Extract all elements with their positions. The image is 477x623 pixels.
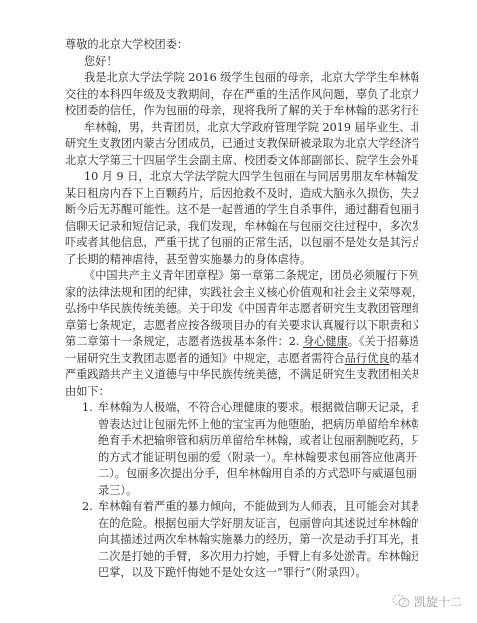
text-line: 弘扬中华民族传统美德。关于印发《中国青年志愿者研究生支教团管理细则》的通知，第一 bbox=[65, 301, 418, 318]
text-line: 校团委的信任，作为包丽的母亲，现将我所了解的关于牟林翰的恶劣行径，举报如下。 bbox=[65, 103, 418, 120]
text-segment: 一届研究生支教团志愿者的通知》中规定，志愿者需符合 bbox=[65, 352, 345, 365]
text-segment: 第二章第十一条规定，志愿者选拔基本条件：2. bbox=[65, 335, 303, 348]
text-line: 吓或者其他信息，严重干扰了包丽的正常生活，以包丽不是处女是其污点为由，对包丽进行 bbox=[65, 235, 418, 252]
text-segment: 牟林翰为人极端，不符合心理健康的要求。根据微信聊天记录，我们得知，牟林翰 bbox=[98, 401, 418, 414]
text-line: 章第七条规定，志愿者应按各级项目办的有关要求认真履行以下职责和义务：3. 为人师… bbox=[65, 318, 418, 335]
text-line: 1.牟林翰为人极端，不符合心理健康的要求。根据微信聊天记录，我们得知，牟林翰 bbox=[65, 400, 418, 417]
list-number: 1. bbox=[82, 400, 93, 417]
underlined-term: 身心健康 bbox=[303, 335, 348, 348]
text-line: 第二章第十一条规定，志愿者选拔基本条件：2. 身心健康。《关于招募选拔北京大学第… bbox=[65, 334, 418, 351]
salutation: 尊敬的北京大学校团委： bbox=[65, 37, 418, 54]
list-item: 1.牟林翰为人极端，不符合心理健康的要求。根据微信聊天记录，我们得知，牟林翰 曾… bbox=[65, 400, 418, 499]
text-line: 一届研究生支教团志愿者的通知》中规定，志愿者需符合品行优良的基本条件。而牟林翰已 bbox=[65, 351, 418, 368]
text-line: 2.牟林翰有着严重的暴力倾向，不能做到为人师表，且可能会对其教导的学生造成潜 bbox=[65, 499, 418, 516]
wechat-icon bbox=[392, 594, 410, 608]
text-line: 向其描述过两次牟林翰实施暴力的经历，第一次是动手打耳光，把她推到墙上。第 bbox=[65, 532, 418, 549]
text-line: 二）。包丽多次提出分手，但牟林翰用自杀的方式恐吓与威逼包丽回到他的身边（附 bbox=[65, 466, 418, 483]
watermark: 凯旋十二 bbox=[392, 590, 462, 612]
text-line: 的方式才能证明包丽的爱（附录一）。牟林翰要求包丽答应他离开他就去死（附录 bbox=[65, 450, 418, 467]
text-line: 绝育手术把输卵管和病历单留给牟林翰，或者让包丽割腕吃药，只有通过这样极端 bbox=[65, 433, 418, 450]
text-segment: 牟林翰有着严重的暴力倾向，不能做到为人师表，且可能会对其教导的学生造成潜 bbox=[98, 500, 418, 513]
watermark-text: 凯旋十二 bbox=[414, 593, 462, 610]
paragraph-incident: 10 月 9 日，北京大学法学院大四学生包丽在与同居男朋友牟林翰发生争执后，晚上… bbox=[65, 169, 418, 268]
text-line: 某日租房内吞下上百颗药片，后因抢救不及时，造成大脑永久损伤，失去自主呼吸，医生诊 bbox=[65, 186, 418, 203]
text-line: 由如下： bbox=[65, 384, 418, 401]
greeting: 您好！ bbox=[65, 54, 418, 71]
text-line: 在的危险。根据包丽大学好朋友证言，包丽曾向其述说过牟林翰的暴力行为。包丽 bbox=[65, 516, 418, 533]
text-line: 了长期的精神虐待，甚至曾实施暴力的身体虐待。 bbox=[65, 252, 418, 269]
letter-document: 尊敬的北京大学校团委： 您好！ 我是北京大学法学院 2016 级学生包丽的母亲，… bbox=[65, 37, 418, 582]
text-segment: 的基本条件。而牟林翰已 bbox=[389, 352, 418, 365]
text-line: 我是北京大学法学院 2016 级学生包丽的母亲，北京大学学生牟林翰在与我的女儿包… bbox=[65, 70, 418, 87]
text-line: 断今后无苏醒可能性。这不是一起普通的学生自杀事件，通过翻看包丽手机中与牟林翰的微 bbox=[65, 202, 418, 219]
text-line: 10 月 9 日，北京大学法学院大四学生包丽在与同居男朋友牟林翰发生争执后，晚上… bbox=[65, 169, 418, 186]
text-line: 巴掌，以及下跪忏悔她不是处女这一“罪行”（附录四）。 bbox=[65, 565, 418, 582]
text-line: 北京大学第三十四届学生会副主席、校团委文体部副部长、院学生会外联部长等职务。 bbox=[65, 153, 418, 170]
text-line: 严重践踏共产主义道德与中华民族传统美德，不满足研究生支教团相关规定的基本要求，理 bbox=[65, 367, 418, 384]
text-line: 《中国共产主义青年团章程》第一章第二条规定，团员必须履行下列义务：自觉遵守国 bbox=[65, 268, 418, 285]
text-segment: 章第七条规定，志愿者应按各级项目办的有关要求认真履行以下职责和义务：3. bbox=[65, 319, 418, 332]
text-line: 牟林翰，男，共青团员，北京大学政府管理学院 2019 届毕业生、北京大学第二十一… bbox=[65, 120, 418, 137]
text-line: 二次是打她的手臂，多次用力拧她，手臂上有多处淤青。牟林翰还要求包丽扇自己 bbox=[65, 549, 418, 566]
text-line: 录三）。 bbox=[65, 483, 418, 500]
list-item: 2.牟林翰有着严重的暴力倾向，不能做到为人师表，且可能会对其教导的学生造成潜 在… bbox=[65, 499, 418, 582]
text-line: 研究生支教团内蒙古分团成员，已通过支教保研被录取为北京大学经济学院金融硕士，曾任 bbox=[65, 136, 418, 153]
text-line: 家的法律法规和团的纪律，实践社会主义核心价值观和社会主义荣辱观，提倡共产主义道德… bbox=[65, 285, 418, 302]
underlined-term: 品行优良 bbox=[345, 352, 390, 365]
paragraph-profile: 牟林翰，男，共青团员，北京大学政府管理学院 2019 届毕业生、北京大学第二十一… bbox=[65, 120, 418, 170]
paragraph-regulations: 《中国共产主义青年团章程》第一章第二条规定，团员必须履行下列义务：自觉遵守国 家… bbox=[65, 268, 418, 400]
text-segment: 。《关于招募选拔北京大学第二十 bbox=[348, 335, 418, 348]
text-line: 信聊天记录和短信记录，我们发现，牟林翰在与包丽交往过程中，多次发送淫秽、侮辱、恐 bbox=[65, 219, 418, 236]
text-line: 交往的本科四年级及支教期间，存在严重的生活作风问题，辜负了北京大学的期望，辜负了 bbox=[65, 87, 418, 104]
paragraph-intro: 我是北京大学法学院 2016 级学生包丽的母亲，北京大学学生牟林翰在与我的女儿包… bbox=[65, 70, 418, 120]
list-number: 2. bbox=[82, 499, 93, 516]
text-line: 曾表达过让包丽先怀上他的宝宝再为他堕胎，把病历单留给牟林翰，或者去医院做 bbox=[65, 417, 418, 434]
